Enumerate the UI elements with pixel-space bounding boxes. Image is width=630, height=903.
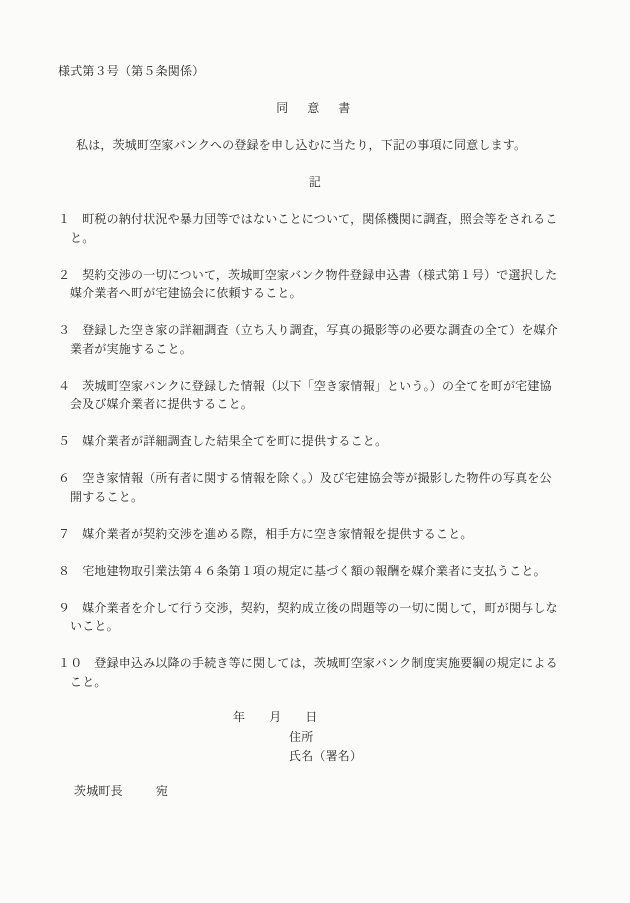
item-text-continued: と。: [70, 229, 572, 248]
addressee-line: 茨城町長 宛: [58, 782, 572, 801]
item-text: 空き家情報（所有者に関する情報を除く。）及び宅建協会等が撮影した物件の写真を公: [82, 471, 552, 485]
item-text-continued: 会及び媒介業者に提供すること。: [70, 395, 572, 414]
name-label: 氏名（署名）: [289, 749, 362, 763]
date-line: 年 月 日: [58, 708, 572, 728]
item-number: ４: [58, 377, 70, 396]
day-label: 日: [305, 708, 317, 728]
month-label: 月: [269, 708, 281, 728]
item-text: 登録した空き家の詳細調査（立ち入り調査，写真の撮影等の必要な調査の全て）を媒介: [82, 323, 558, 337]
list-item: ４茨城町空家バンクに登録した情報（以下「空き家情報」という。）の全てを町が宅建協…: [58, 377, 572, 414]
list-item: ５媒介業者が詳細調査した結果全てを町に提供すること。: [58, 432, 572, 451]
item-number: ６: [58, 469, 70, 488]
item-text: 契約交渉の一切について，茨城町空家バンク物件登録申込書（様式第１号）で選択した: [82, 268, 557, 282]
item-text-continued: 媒介業者へ町が宅建協会に依頼すること。: [70, 284, 572, 303]
item-text: 茨城町空家バンクに登録した情報（以下「空き家情報」という。）の全てを町が宅建協: [82, 379, 552, 393]
item-number: １: [58, 210, 70, 229]
item-number: ９: [58, 599, 70, 618]
section-marker: 記: [58, 173, 572, 192]
document-page: 様式第３号（第５条関係） 同 意 書 私は，茨城町空家バンクへの登録を申し込むに…: [0, 0, 630, 903]
list-item: ９媒介業者を介して行う交渉，契約，契約成立後の問題等の一切に関して，町が関与しな…: [58, 599, 572, 636]
item-text: 宅地建物取引業法第４６条第１項の規定に基づく額の報酬を媒介業者に支払うこと。: [82, 564, 546, 578]
item-number: ８: [58, 562, 70, 581]
item-text: 媒介業者が契約交渉を進める際，相手方に空き家情報を提供すること。: [82, 527, 472, 541]
document-title: 同 意 書: [58, 99, 572, 118]
list-item: ２契約交渉の一切について，茨城町空家バンク物件登録申込書（様式第１号）で選択した…: [58, 266, 572, 303]
item-text-continued: 業者が実施すること。: [70, 340, 572, 359]
item-text: 媒介業者を介して行う交渉，契約，契約成立後の問題等の一切に関して，町が関与しな: [82, 601, 558, 615]
address-label-line: 住所: [58, 728, 572, 748]
intro-paragraph: 私は，茨城町空家バンクへの登録を申し込むに当たり，下記の事項に同意します。: [58, 136, 572, 155]
item-number: ２: [58, 266, 70, 285]
terms-list: １町税の納付状況や暴力団等ではないことについて，関係機関に調査，照会等をされるこ…: [58, 210, 572, 691]
list-item: １町税の納付状況や暴力団等ではないことについて，関係機関に調査，照会等をされるこ…: [58, 210, 572, 247]
item-number: ７: [58, 525, 70, 544]
list-item: ７媒介業者が契約交渉を進める際，相手方に空き家情報を提供すること。: [58, 525, 572, 544]
item-text-continued: こと。: [70, 673, 572, 692]
item-text: 媒介業者が詳細調査した結果全てを町に提供すること。: [82, 434, 387, 448]
list-item: ８宅地建物取引業法第４６条第１項の規定に基づく額の報酬を媒介業者に支払うこと。: [58, 562, 572, 581]
name-label-line: 氏名（署名）: [58, 747, 572, 767]
item-number: ５: [58, 432, 70, 451]
addressee-name: 茨城町長: [74, 782, 123, 801]
item-number: １０: [58, 654, 82, 673]
list-item: １０登録申込み以降の手続き等に関しては，茨城町空家バンク制度実施要綱の規定による…: [58, 654, 572, 691]
item-number: ３: [58, 321, 70, 340]
year-label: 年: [233, 708, 245, 728]
item-text-continued: 開すること。: [70, 488, 572, 507]
form-number: 様式第３号（第５条関係）: [58, 62, 572, 81]
addressee-suffix: 宛: [156, 782, 168, 801]
signature-block: 年 月 日 住所 氏名（署名）: [58, 708, 572, 767]
list-item: ６空き家情報（所有者に関する情報を除く。）及び宅建協会等が撮影した物件の写真を公…: [58, 469, 572, 506]
item-text-continued: いこと。: [70, 617, 572, 636]
item-text: 登録申込み以降の手続き等に関しては，茨城町空家バンク制度実施要綱の規定による: [94, 656, 557, 670]
list-item: ３登録した空き家の詳細調査（立ち入り調査，写真の撮影等の必要な調査の全て）を媒介…: [58, 321, 572, 358]
item-text: 町税の納付状況や暴力団等ではないことについて，関係機関に調査，照会等をされるこ: [82, 212, 557, 226]
address-label: 住所: [289, 730, 313, 744]
